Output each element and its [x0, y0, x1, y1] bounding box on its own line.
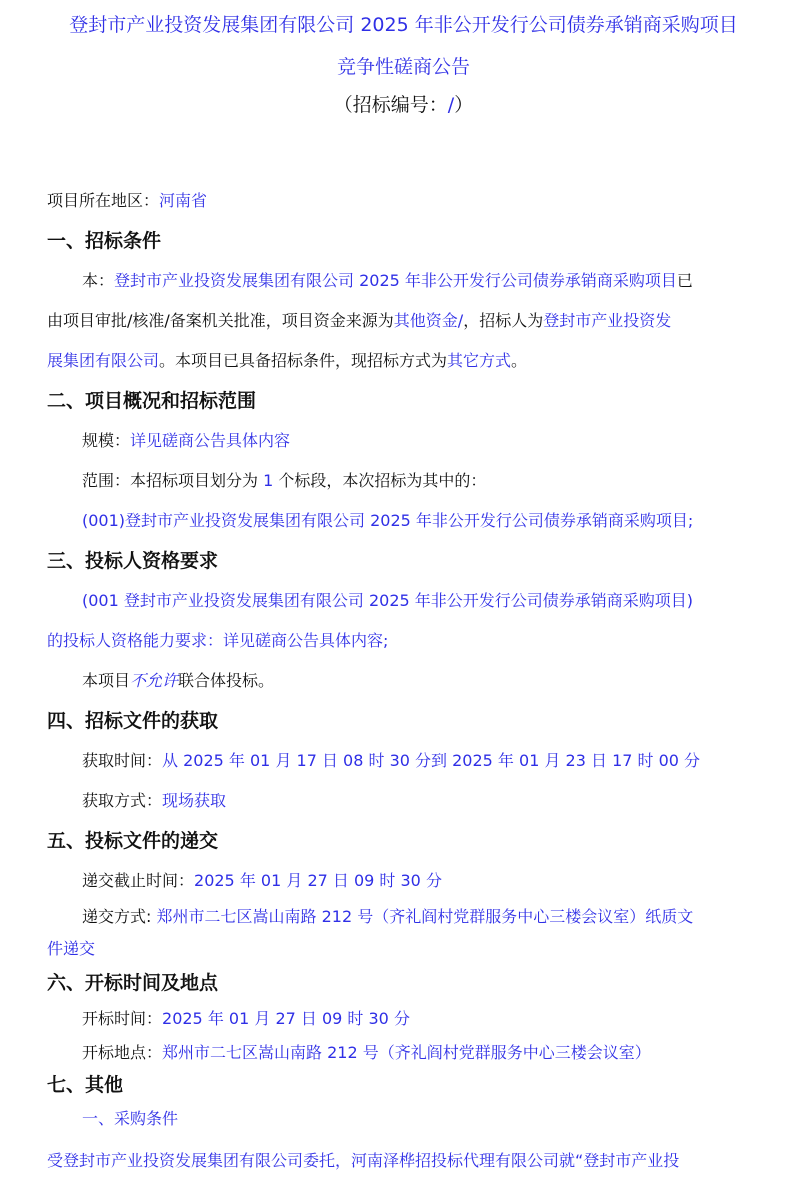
s5-deadline: 递交截止时间：2025 年 01 月 27 日 09 时 30 分	[82, 870, 442, 892]
lot-count: 1	[263, 471, 273, 490]
s1-text: 。本项目已具备招标条件，现招标方式为	[159, 351, 447, 370]
s2-scale: 规模：详见磋商公告具体内容	[82, 430, 290, 452]
s4-time: 获取时间：从 2025 年 01 月 17 日 08 时 30 分到 2025 …	[82, 750, 700, 772]
joint-text: 本项目	[82, 671, 130, 690]
deadline-value: 2025 年 01 月 27 日 09 时 30 分	[194, 871, 442, 890]
section-heading-6: 六、开标时间及地点	[47, 970, 218, 996]
fund-source: 其他资金/	[394, 311, 463, 330]
s3-qualification-line1: (001 登封市产业投资发展集团有限公司 2025 年非公开发行公司债券承销商采…	[82, 590, 693, 612]
s1-text: ，招标人为	[463, 311, 543, 330]
s1-text: 由项目审批/核准/备案机关批准，项目资金来源为	[47, 311, 394, 330]
acquire-time-value: 从 2025 年 01 月 17 日 08 时 30 分到 2025 年 01 …	[162, 751, 700, 770]
tenderer-name: 登封市产业投资发	[543, 311, 671, 330]
tender-number-prefix: （招标编号：	[334, 94, 448, 116]
scale-value: 详见磋商公告具体内容	[130, 431, 290, 450]
tenderer-name-cont: 展集团有限公司	[47, 351, 159, 370]
project-region: 项目所在地区：河南省	[47, 190, 207, 212]
section-heading-7: 七、其他	[47, 1072, 123, 1098]
open-time-value: 2025 年 01 月 27 日 09 时 30 分	[162, 1009, 410, 1028]
page-title-line1: 登封市产业投资发展集团有限公司 2025 年非公开发行公司债券承销商采购项目	[0, 12, 807, 38]
s3-qualification-line2: 的投标人资格能力要求：详见磋商公告具体内容;	[47, 630, 388, 652]
acquire-method-value: 现场获取	[162, 791, 226, 810]
project-name: 登封市产业投资发展集团有限公司 2025 年非公开发行公司债券承销商采购项目	[114, 271, 677, 290]
section-heading-3: 三、投标人资格要求	[47, 548, 218, 574]
joint-text: 联合体投标。	[178, 671, 274, 690]
scale-label: 规模：	[82, 431, 130, 450]
s6-place: 开标地点：郑州市二七区嵩山南路 212 号（齐礼阎村党群服务中心三楼会议室）	[82, 1042, 651, 1064]
section-heading-4: 四、招标文件的获取	[47, 708, 218, 734]
open-place-value: 郑州市二七区嵩山南路 212 号（齐礼阎村党群服务中心三楼会议室）	[162, 1043, 651, 1062]
region-value: 河南省	[159, 191, 207, 210]
open-time-label: 开标时间：	[82, 1009, 162, 1028]
range-text: 个标段，本次招标为其中的：	[273, 471, 486, 490]
s1-paragraph-line2: 由项目审批/核准/备案机关批准，项目资金来源为其他资金/，招标人为登封市产业投资…	[47, 310, 671, 332]
tender-number: （招标编号：/）	[0, 92, 807, 118]
s7-paragraph: 受登封市产业投资发展集团有限公司委托，河南泽桦招投标代理有限公司就“登封市产业投	[47, 1150, 679, 1172]
section-heading-2: 二、项目概况和招标范围	[47, 388, 256, 414]
s1-paragraph-line1: 本：登封市产业投资发展集团有限公司 2025 年非公开发行公司债券承销商采购项目…	[82, 270, 693, 292]
s2-range: 范围：本招标项目划分为 1 个标段，本次招标为其中的：	[82, 470, 486, 492]
section-heading-1: 一、招标条件	[47, 228, 161, 254]
tender-method: 其它方式	[447, 351, 511, 370]
s3-joint-bid: 本项目不允许联合体投标。	[82, 670, 274, 692]
page-title-line2: 竞争性磋商公告	[0, 54, 807, 80]
announcement-page: 登封市产业投资发展集团有限公司 2025 年非公开发行公司债券承销商采购项目 竞…	[0, 0, 807, 1191]
acquire-method-label: 获取方式：	[82, 791, 162, 810]
acquire-time-label: 获取时间：	[82, 751, 162, 770]
s5-method-cont: 件递交	[47, 938, 95, 960]
submit-method-label: 递交方式:	[82, 907, 151, 926]
s1-text: 本：	[82, 271, 114, 290]
section-heading-5: 五、投标文件的递交	[47, 828, 218, 854]
s6-time: 开标时间：2025 年 01 月 27 日 09 时 30 分	[82, 1008, 410, 1030]
region-label: 项目所在地区：	[47, 191, 159, 210]
range-text: 范围：本招标项目划分为	[82, 471, 263, 490]
tender-number-suffix: ）	[454, 94, 473, 116]
s7-subheading: 一、采购条件	[82, 1108, 178, 1130]
open-place-label: 开标地点：	[82, 1043, 162, 1062]
deadline-label: 递交截止时间：	[82, 871, 194, 890]
s1-paragraph-line3: 展集团有限公司。本项目已具备招标条件，现招标方式为其它方式。	[47, 350, 527, 372]
s4-method: 获取方式：现场获取	[82, 790, 226, 812]
s2-lot-item: (001)登封市产业投资发展集团有限公司 2025 年非公开发行公司债券承销商采…	[82, 510, 693, 532]
joint-permission: 不允许	[130, 671, 178, 690]
submit-method-value: 郑州市二七区嵩山南路 212 号（齐礼阎村党群服务中心三楼会议室）纸质文	[151, 907, 693, 926]
s1-text: 已	[677, 271, 693, 290]
s5-method: 递交方式: 郑州市二七区嵩山南路 212 号（齐礼阎村党群服务中心三楼会议室）纸…	[82, 906, 693, 928]
s1-text: 。	[511, 351, 527, 370]
